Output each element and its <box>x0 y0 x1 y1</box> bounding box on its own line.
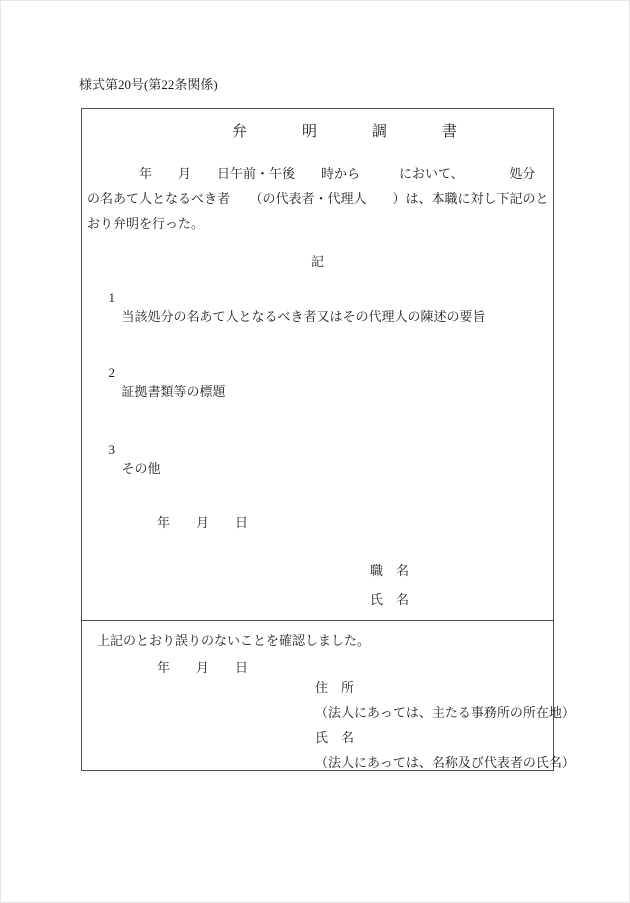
intro-paragraph: 年 月 日午前・午後 時から において、 処分 の名あて人となるべき者 （の代表… <box>87 161 552 236</box>
section-divider <box>82 620 553 621</box>
confirmation-date-line: 年 月 日 <box>157 657 248 676</box>
statement-record-box: 弁 明 調 書 年 月 日午前・午後 時から において、 処分 の名あて人となる… <box>81 108 554 771</box>
document-page: 様式第20号(第22条関係) 弁 明 調 書 年 月 日午前・午後 時から にお… <box>0 0 630 903</box>
confirmer-name-note: （法人にあっては、名称及び代表者の氏名） <box>315 752 575 771</box>
list-item-1: 1 当該処分の名あて人となるべき者又はその代理人の陳述の要旨 <box>89 274 486 341</box>
item-3-label: その他 <box>122 458 161 477</box>
official-job-title-label: 職 名 <box>370 560 409 579</box>
list-item-3: 3 その他 <box>89 426 161 493</box>
item-1-number: 1 <box>109 290 116 306</box>
item-1-label: 当該処分の名あて人となるべき者又はその代理人の陳述の要旨 <box>122 306 486 325</box>
confirmer-address-note: （法人にあっては、主たる事務所の所在地） <box>315 702 575 721</box>
item-2-number: 2 <box>109 365 116 381</box>
form-number-label: 様式第20号(第22条関係) <box>79 76 218 94</box>
intro-line-2: の名あて人となるべき者 （の代表者・代理人 ）は、本職に対し下記のと <box>87 186 552 211</box>
item-3-number: 3 <box>109 442 116 458</box>
confirmation-statement: 上記のとおり誤りのないことを確認しました。 <box>97 630 370 649</box>
item-2-label: 証拠書類等の標題 <box>122 381 226 400</box>
confirmer-name-label: 氏 名 <box>315 727 354 746</box>
list-item-2: 2 証拠書類等の標題 <box>89 349 226 416</box>
record-heading: 記 <box>82 251 553 270</box>
official-name-label: 氏 名 <box>370 589 409 608</box>
intro-line-3: おり弁明を行った。 <box>87 211 552 236</box>
document-title: 弁 明 調 書 <box>232 120 460 141</box>
confirmer-address-label: 住 所 <box>315 677 354 696</box>
record-date-line: 年 月 日 <box>157 512 248 531</box>
intro-line-1: 年 月 日午前・午後 時から において、 処分 <box>87 161 552 186</box>
